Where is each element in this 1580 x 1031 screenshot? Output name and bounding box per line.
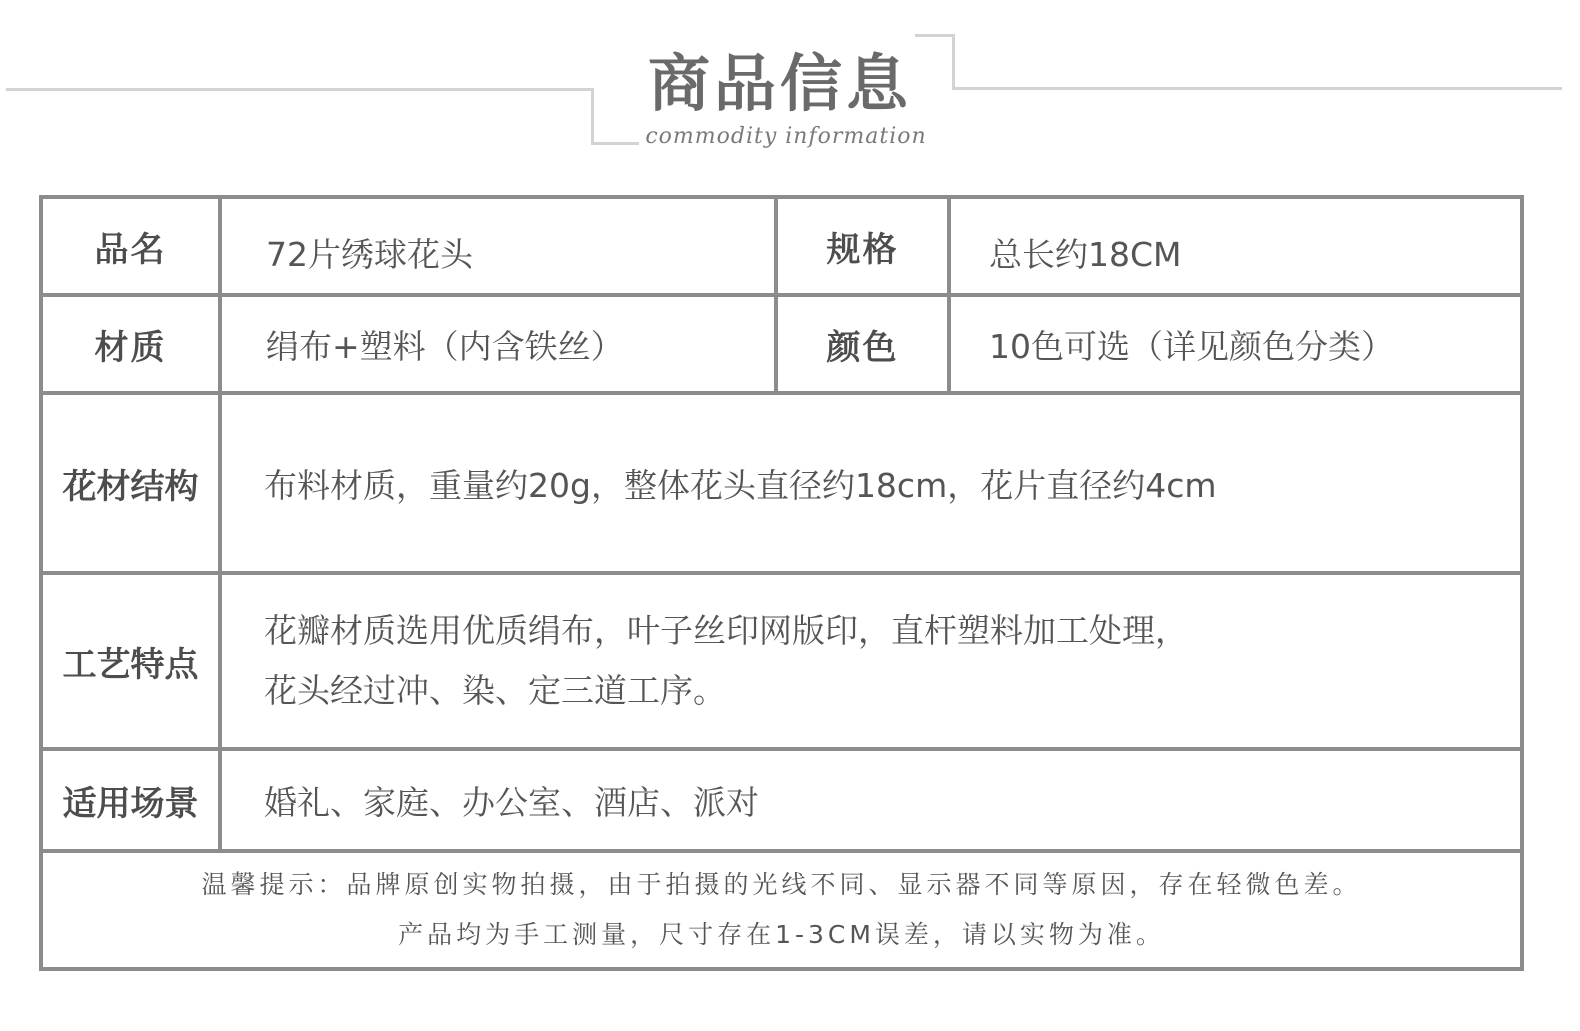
header-line-left-bottom [591, 142, 639, 145]
value-product-name: 72片绣球花头 [222, 199, 774, 293]
label-structure: 花材结构 [43, 395, 218, 571]
value-color: 10色可选（详见颜色分类） [951, 297, 1520, 391]
value-structure: 布料材质，重量约20g，整体花头直径约18cm，花片直径约4cm [222, 395, 1520, 571]
value-craft: 花瓣材质选用优质绢布，叶子丝印网版印，直杆塑料加工处理， 花头经过冲、染、定三道… [222, 575, 1520, 747]
value-spec: 总长约18CM [951, 199, 1520, 293]
label-scenes: 适用场景 [43, 751, 218, 849]
header-line-right-rise [952, 34, 955, 89]
label-product-name: 品名 [43, 199, 218, 293]
table-border-right [1520, 195, 1524, 971]
value-scenes: 婚礼、家庭、办公室、酒店、派对 [222, 751, 1520, 849]
product-info-table: 品名 72片绣球花头 规格 总长约18CM 材质 绢布+塑料（内含铁丝） 颜色 … [39, 195, 1524, 971]
craft-line-2: 花头经过冲、染、定三道工序。 [264, 661, 726, 721]
craft-line-1: 花瓣材质选用优质绢布，叶子丝印网版印，直杆塑料加工处理， [264, 601, 1188, 661]
note-line-2: 产品均为手工测量，尺寸存在1-3CM误差，请以实物为准。 [398, 910, 1165, 960]
header-line-left [6, 88, 594, 91]
section-subtitle: commodity information [636, 124, 936, 149]
label-material: 材质 [43, 297, 218, 391]
value-material: 绢布+塑料（内含铁丝） [222, 297, 774, 391]
header-line-right-top [915, 34, 955, 37]
header-line-left-drop [591, 88, 594, 145]
note-block: 温馨提示：品牌原创实物拍摄，由于拍摄的光线不同、显示器不同等原因，存在轻微色差。… [43, 853, 1520, 967]
section-title: 商品信息 [640, 46, 920, 122]
note-line-1: 温馨提示：品牌原创实物拍摄，由于拍摄的光线不同、显示器不同等原因，存在轻微色差。 [201, 860, 1361, 910]
label-craft: 工艺特点 [43, 575, 218, 747]
table-border-bottom [39, 967, 1524, 971]
label-spec: 规格 [778, 199, 947, 293]
label-color: 颜色 [778, 297, 947, 391]
header-line-right [952, 87, 1562, 90]
